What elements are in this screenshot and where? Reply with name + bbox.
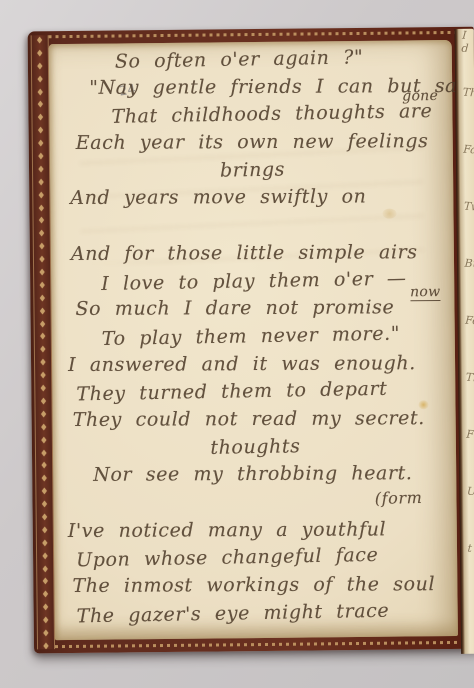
gold-ornament-icon: ♦ [35,357,51,370]
poem-line-text: They turned them to depart [76,378,387,406]
poem-line-text: Nor see my throbbing heart. [93,462,412,486]
poem-line: That childhoods thoughts aregone [111,100,444,134]
interline-insertion: now [410,284,440,301]
poem-line-text: That childhoods thoughts are [111,100,432,128]
gold-ornament-icon: ♦ [38,641,54,649]
poem-line: Nor see my throbbing heart. [93,462,448,492]
gold-ornament-icon: ♦ [35,332,51,345]
poem-line-text: So often o'er again ?" [115,46,364,73]
gold-ornament-icon: ♦ [34,306,50,319]
poem-line: And for those little simple airs [71,241,446,271]
gold-ornament-icon: ♦ [35,370,51,383]
poem-line: So much I dare not promisenow [75,296,446,326]
poem-line-text: So much I dare not promise [75,296,394,320]
gold-ornament-icon: ♦ [33,164,49,177]
poem-line-text: They could not read my secret. [73,407,425,431]
gold-ornament-icon: ♦ [32,35,48,48]
poem-line-text: brings [220,158,285,181]
gold-ornament-icon: ♦ [33,151,49,164]
gold-ornament-icon: ♦ [34,216,50,229]
gold-ornament-icon: ♦ [34,280,50,293]
gold-ornament-icon: ♦ [36,435,52,448]
gold-ornament-icon: ♦ [37,589,53,602]
poem-line-text: To play them never more." [102,322,401,349]
facing-page-text-fragment: Th [455,85,474,143]
facing-page-text-fragment: Th [457,370,474,428]
gold-ornament-icon: ♦ [32,100,48,113]
gold-ornament-icon: ♦ [33,203,49,216]
gold-ornament-icon: ♦ [37,525,53,538]
poem-line-text: And for those little simple airs [71,241,418,265]
gold-ornament-icon: ♦ [32,74,48,87]
gold-ornament-icon: ♦ [37,577,53,590]
poem-line: The inmost workings of the soul [72,573,449,603]
gold-ornament-icon: ♦ [35,345,51,358]
gold-ornament-icon: ♦ [37,538,53,551]
gold-ornament-icon: ♦ [36,461,52,474]
gold-ornament-icon: ♦ [36,473,52,486]
poem-line-text: And years move swiftly on [70,186,366,210]
poem-line-text: Each year its own new feelings [76,130,429,154]
facing-page-text-fragment: Tw [455,199,474,257]
poem-line: They could not read my secret. [73,407,448,437]
gold-ornament-icon: ♦ [33,190,49,203]
gold-tooling-line-top [49,31,471,38]
gold-ornament-icon: ♦ [38,628,54,641]
gold-ornament-icon: ♦ [36,422,52,435]
gold-ornament-icon: ♦ [37,551,53,564]
poem-line: The gazer's eye might trace [76,598,449,633]
gold-ornament-icon: ♦ [34,229,50,242]
poem-line-text: (form [375,488,423,508]
poem-line: They turned them to depart [76,377,447,411]
poem-line: (form [63,488,448,523]
gold-ornament-icon: ♦ [35,319,51,332]
gold-ornament-icon: ♦ [33,125,49,138]
page-stain [418,400,428,409]
gold-ornament-icon: ♦ [36,486,52,499]
gold-ornament-icon: ♦ [34,241,50,254]
facing-page-text-fragment: Fa [455,142,474,200]
poem-line: To play them never more." [102,322,447,356]
gold-ornament-icon: ♦ [38,602,54,615]
facing-page-text-fragment: I d [455,29,474,87]
poem-text: So often o'er again ?""Nay gentle friend… [59,46,450,631]
facing-page-edge: I dThFaTwBuFoThFrUpt [455,29,474,654]
photo-background: ♦♦♦♦♦♦♦♦♦♦♦♦♦♦♦♦♦♦♦♦♦♦♦♦♦♦♦♦♦♦♦♦♦♦♦♦♦♦♦♦… [0,0,474,688]
poem-line-text: The inmost workings of the soul [72,573,435,597]
poem-line-text: Upon whose changeful face [76,544,379,572]
gold-ornament-icon: ♦ [33,177,49,190]
gold-ornament-icon: ♦ [35,396,51,409]
book: ♦♦♦♦♦♦♦♦♦♦♦♦♦♦♦♦♦♦♦♦♦♦♦♦♦♦♦♦♦♦♦♦♦♦♦♦♦♦♦♦… [28,27,474,654]
gold-ornament-icon: ♦ [32,87,48,100]
facing-page-text-fragment: Fo [456,313,474,371]
poem-line: So often o'er again ?" [115,45,444,79]
gold-ornament-icon: ♦ [34,293,50,306]
interline-insertion: gone [402,88,438,105]
gold-ornament-icon: ♦ [38,615,54,628]
gold-ornament-icon: ♦ [34,254,50,267]
poem-line-text: The gazer's eye might trace [76,599,389,627]
gold-ornament-icon: ♦ [36,448,52,461]
poem-line: Each year its own new feelings [76,130,445,160]
facing-page-text-fragment: Up [458,484,474,542]
gold-ornament-icon: ♦ [32,48,48,61]
gold-ornament-icon: ♦ [37,564,53,577]
gold-ornament-icon: ♦ [34,267,50,280]
facing-page-text-fragment: t [459,541,474,599]
gold-ornament-icon: ♦ [32,113,48,126]
gold-ornament-icon: ♦ [33,138,49,151]
poem-line-text: I answered and it was enough. [68,352,416,376]
gold-ornament-icon: ♦ [36,409,52,422]
poem-line-text: I've noticed many a youthful [68,518,386,542]
gold-ornament-icon: ♦ [35,383,51,396]
poem-line-text: thoughts [210,435,301,459]
gold-tooling-line-bottom [55,641,474,648]
manuscript-page: 24 So often o'er again ?""Nay gentle fri… [49,40,458,640]
gold-ornament-icon: ♦ [36,499,52,512]
poem-line: Upon whose changeful face [76,543,449,578]
poem-line-text: I love to play them o'er — [101,267,407,295]
facing-page-text-fragment: Fr [457,427,474,485]
gold-ornament-icon: ♦ [37,512,53,525]
facing-page-text-fragment: Bu [456,256,474,314]
gold-ornament-icon: ♦ [32,61,48,74]
poem-line: I love to play them o'er — [101,266,446,300]
